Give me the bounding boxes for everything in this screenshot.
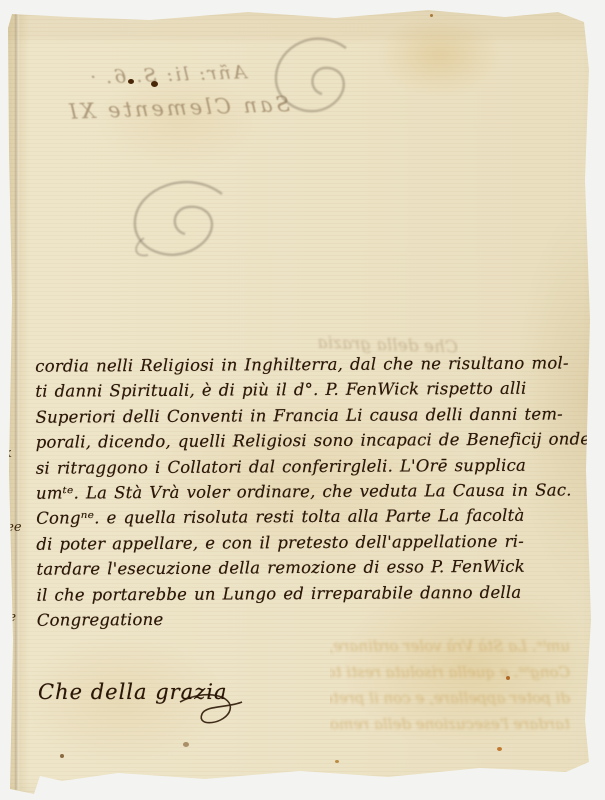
edge-fragment: o — [0, 396, 8, 411]
edge-fragment: o — [0, 476, 8, 491]
letter-line: cordia nelli Religiosi in Inghilterra, d… — [35, 350, 591, 379]
edge-fragment: 3 — [0, 627, 8, 642]
letter-line: si ritraggono i Collatori dal conferirgl… — [36, 452, 592, 481]
bleedthrough-line: tardare l'esecuzione della remozione di … — [330, 711, 570, 737]
foxing-speck — [506, 676, 510, 680]
foxing-speck — [335, 760, 339, 763]
letter-line: di poter appellare, e con il pretesto de… — [36, 528, 592, 557]
foxing-speck — [60, 754, 64, 758]
letter-line: il che portarebbe un Lungo ed irreparabi… — [37, 579, 593, 608]
edge-fragment: ik — [0, 446, 12, 461]
foxing-speck — [183, 742, 189, 747]
bleedthrough-flourish — [268, 34, 358, 126]
letter-line: Congregatione — [37, 604, 593, 633]
edge-fragment: ll. — [0, 580, 12, 595]
manuscript-sheet: Añr: li: S. 6. · San Clemente XI Che del… — [0, 0, 605, 800]
letter-line: Congⁿᵉ. e quella risoluta resti tolta al… — [36, 503, 592, 532]
bleedthrough-docket-line-1: Añr: li: S. 6. · — [88, 61, 247, 89]
letter-body: cordia nelli Religiosi in Inghilterra, d… — [35, 350, 593, 633]
edge-fragment: e — [0, 550, 8, 565]
bleedthrough-monogram — [122, 176, 242, 268]
scan-background: Añr: li: S. 6. · San Clemente XI Che del… — [0, 0, 605, 800]
closing-swash — [176, 692, 246, 732]
bleedthrough-docket-line-2: San Clemente XI — [66, 92, 291, 124]
bleedthrough-line: umᵗᵉ. La Stà Vrà voler ordinare, che ved… — [330, 633, 570, 659]
bleedthrough-verso-block: umᵗᵉ. La Stà Vrà voler ordinare, che ved… — [330, 633, 582, 751]
letter-line: umᵗᵉ. La Stà Vrà voler ordinare, che ved… — [36, 477, 592, 506]
letter-line: porali, dicendo, quelli Religiosi sono i… — [36, 427, 592, 456]
letter-line: tardare l'esecuzione della remozione di … — [36, 554, 592, 583]
letter-line: ti danni Spirituali, è di più il d°. P. … — [35, 376, 591, 405]
foxing-speck — [430, 14, 433, 17]
edge-fragment: t- — [0, 500, 10, 515]
edge-fragment: ne — [0, 610, 16, 625]
bleedthrough-line: Congⁿᵉ. e quella risoluta resti tolta al… — [330, 659, 570, 685]
foxing-speck — [497, 747, 502, 751]
ink-blot — [128, 79, 134, 84]
ink-blot — [151, 81, 158, 87]
letter-line: Superiori delli Conventi in Francia Li c… — [35, 401, 591, 430]
edge-fragment: 6 — [0, 418, 8, 433]
fold-crease — [15, 12, 19, 790]
edge-fragment: ree — [0, 520, 22, 535]
bleedthrough-line: di poter appellare, e con il pretesto de… — [330, 685, 570, 711]
